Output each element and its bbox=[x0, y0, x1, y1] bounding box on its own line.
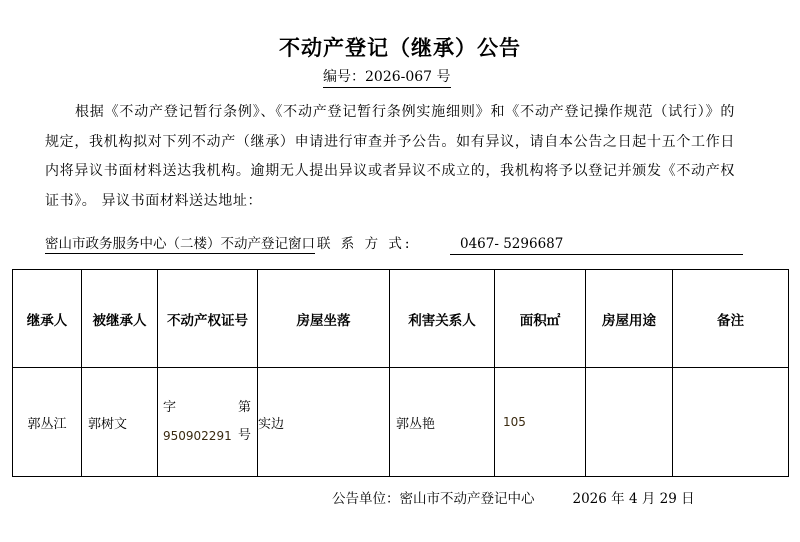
submission-address: 密山市政务服务中心（二楼）不动产登记窗口 bbox=[45, 236, 315, 254]
cell-interested-party: 郭丛艳 bbox=[390, 368, 495, 477]
cert-prefix: 字 bbox=[163, 394, 176, 422]
contact-phone: 0467- 5296687 bbox=[450, 235, 743, 255]
address-line: 密山市政务服务中心（二楼）不动产登记窗口联 系 方 式: 0467- 52966… bbox=[45, 235, 412, 253]
table-header-row: 继承人 被继承人 不动产权证号 房屋坐落 利害关系人 面积㎡ 房屋用途 备注 bbox=[13, 270, 789, 368]
cert-number: 950902291 bbox=[163, 422, 232, 450]
issue-date: 2026 年 4 月 29 日 bbox=[573, 491, 695, 507]
header-remarks: 备注 bbox=[673, 270, 789, 368]
header-location: 房屋坐落 bbox=[258, 270, 390, 368]
cell-remarks bbox=[673, 368, 789, 477]
cell-cert-number: 字 第 950902291 号 bbox=[158, 368, 258, 477]
header-cert-number: 不动产权证号 bbox=[158, 270, 258, 368]
registration-table: 继承人 被继承人 不动产权证号 房屋坐落 利害关系人 面积㎡ 房屋用途 备注 郭… bbox=[12, 269, 789, 477]
header-decedent: 被继承人 bbox=[82, 270, 158, 368]
issuer: 公告单位：密山市不动产登记中心 bbox=[332, 491, 535, 507]
cert-suffix: 号 bbox=[238, 422, 251, 450]
cert-di: 第 bbox=[238, 394, 251, 422]
table-row: 郭丛江 郭树文 字 第 950902291 号 实边 郭丛艳 105 bbox=[13, 368, 789, 477]
cell-decedent: 郭树文 bbox=[82, 368, 158, 477]
header-heir: 继承人 bbox=[13, 270, 82, 368]
cell-area: 105 bbox=[503, 415, 526, 429]
header-interested-party: 利害关系人 bbox=[390, 270, 495, 368]
notice-footer: 公告单位：密山市不动产登记中心2026 年 4 月 29 日 bbox=[332, 487, 695, 507]
notice-number: 编号：2026-067 号 bbox=[323, 68, 451, 88]
contact-label: 联 系 方 式: bbox=[317, 236, 412, 252]
cell-usage bbox=[586, 368, 673, 477]
header-usage: 房屋用途 bbox=[586, 270, 673, 368]
header-area: 面积㎡ bbox=[495, 270, 586, 368]
cell-location: 实边 bbox=[258, 368, 390, 477]
notice-title: 不动产登记（继承）公告 bbox=[0, 32, 800, 62]
cell-heir: 郭丛江 bbox=[13, 368, 82, 477]
notice-body: 根据《不动产登记暂行条例》、《不动产登记暂行条例实施细则》和《不动产登记操作规范… bbox=[45, 98, 735, 216]
